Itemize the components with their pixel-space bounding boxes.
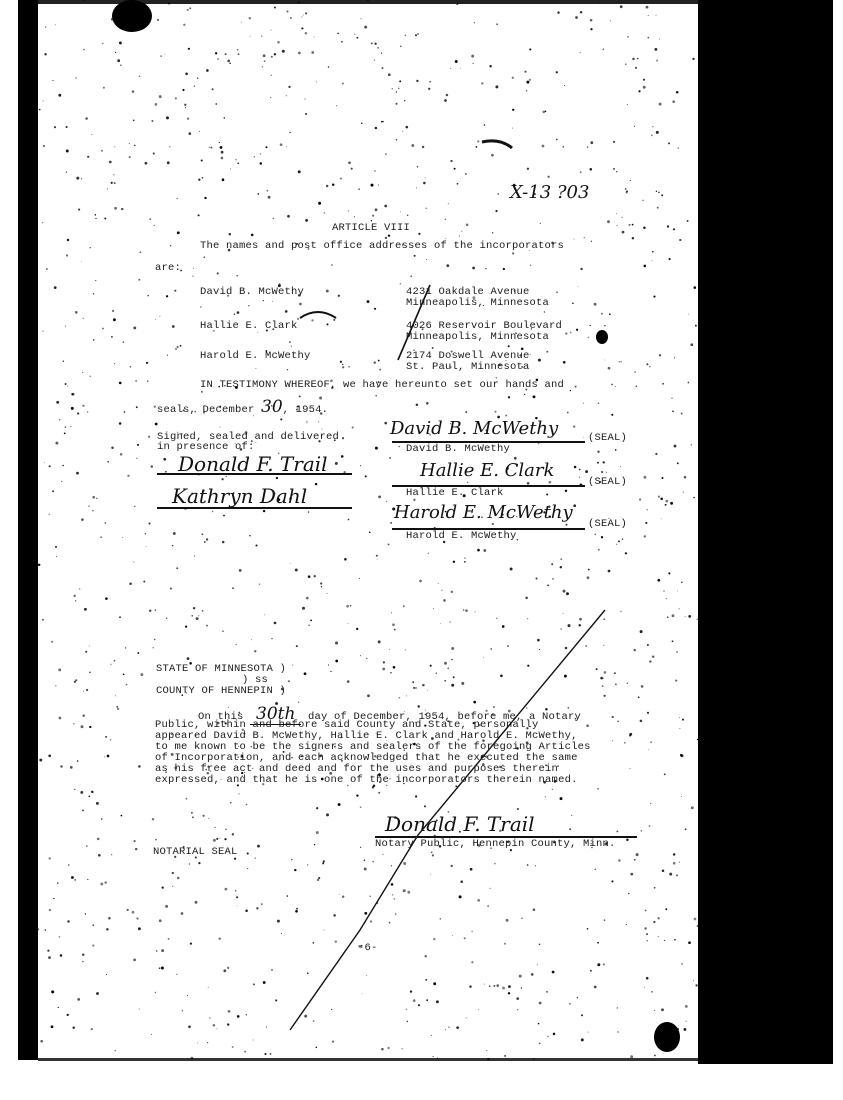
testimony-day: 30 (261, 397, 283, 417)
scan-border-bottom (38, 1058, 698, 1061)
scan-border-left (18, 0, 38, 1060)
incorporator-address: St. Paul, Minnesota (406, 361, 530, 373)
file-mark: X-13 ?03 (510, 182, 589, 203)
testimony-date-line: seals, December 30, 1954. (157, 397, 328, 417)
punch-hole-top (112, 0, 152, 32)
county-line: COUNTY OF HENNEPIN ) (156, 685, 286, 697)
seal-label: (SEAL) (588, 518, 627, 530)
scan-border-right (698, 0, 833, 1064)
signer-printed-name: Hallie E. Clark (406, 487, 504, 499)
incorporator-signature: Harold E. McWethy (394, 502, 573, 523)
incorporator-name: David B. McWethy (200, 286, 304, 298)
toner-spot (596, 330, 608, 344)
incorporator-name: Hallie E. Clark (200, 320, 298, 332)
ack-line: expressed, and that he is one of the inc… (155, 774, 578, 786)
seal-label: (SEAL) (588, 432, 627, 444)
testimony-line: IN TESTIMONY WHEREOF, we have hereunto s… (200, 379, 564, 391)
incorporator-address: Minneapolis, Minnesota (406, 297, 549, 309)
signer-printed-name: David B. McWethy (406, 443, 510, 455)
intro-line-cont: are: (155, 262, 181, 274)
punch-hole-bottom (654, 1022, 680, 1052)
notary-title: Notary Public, Hennepin County, Minn. (375, 838, 616, 850)
testimony-prefix: seals, December (157, 404, 261, 416)
witness-signature: Kathryn Dahl (172, 484, 307, 508)
witness-signature-line (157, 507, 352, 509)
page-number: -6- (358, 942, 378, 954)
testimony-suffix: , 1954. (283, 404, 329, 416)
scanned-page: X-13 ?03 ARTICLE VIII The names and post… (0, 0, 843, 1100)
intro-line: The names and post office addresses of t… (200, 240, 564, 252)
incorporator-signature: David B. McWethy (390, 418, 558, 439)
signer-printed-name: Harold E. McWethy (406, 530, 517, 542)
incorporator-address: Minneapolis, Minnesota (406, 331, 549, 343)
article-heading: ARTICLE VIII (332, 222, 410, 234)
notarial-seal: NOTARIAL SEAL (153, 846, 238, 858)
scan-noise (38, 0, 698, 1060)
notary-signature: Donald F. Trail (385, 812, 535, 836)
seal-label: (SEAL) (588, 476, 627, 488)
witness-signature-line (157, 473, 352, 475)
incorporator-signature: Hallie E. Clark (420, 460, 554, 481)
incorporator-name: Harold E. McWethy (200, 350, 311, 362)
